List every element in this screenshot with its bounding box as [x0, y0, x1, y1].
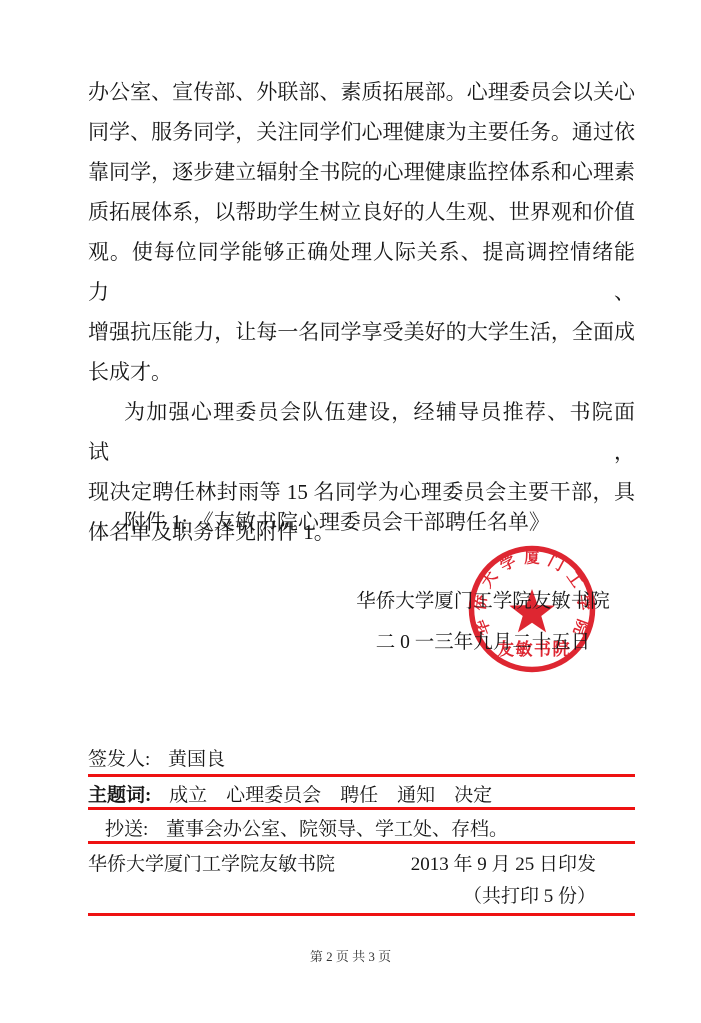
- body-line: 观。使每位同学能够正确处理人际关系、提高调控情绪能力、: [88, 232, 635, 312]
- cc-value: 董事会办公室、院领导、学工处、存档。: [166, 814, 508, 841]
- body-line: 办公室、宣传部、外联部、素质拓展部。心理委员会以关心: [88, 72, 635, 112]
- issuer-value: 黄国良: [168, 744, 225, 771]
- body-line: 为加强心理委员会队伍建设，经辅导员推荐、书院面试，: [88, 392, 635, 472]
- body-line: 靠同学，逐步建立辐射全书院的心理健康监控体系和心理素: [88, 152, 635, 192]
- attachment-line: 附件 1: 《友敏书院心理委员会干部聘任名单》: [88, 502, 635, 542]
- body-line: 同学、服务同学，关注同学们心理健康为主要任务。通过依: [88, 112, 635, 152]
- cc-row: 抄送: 董事会办公室、院领导、学工处、存档。: [88, 810, 635, 844]
- print-date: 2013 年 9 月 25 日印发: [411, 849, 635, 880]
- signature-org: 华侨大学厦门工学院友敏书院: [328, 581, 638, 622]
- issuer-row: 签发人: 黄国良: [88, 740, 635, 777]
- page-number: 第 2 页 共 3 页: [0, 946, 701, 965]
- document-page: 办公室、宣传部、外联部、素质拓展部。心理委员会以关心 同学、服务同学，关注同学们…: [0, 0, 701, 1023]
- body-line: 质拓展体系，以帮助学生树立良好的人生观、世界观和价值: [88, 192, 635, 232]
- signature-block: 华侨大学厦门工学院友敏书院 二 0 一三年九月二十五日: [88, 581, 635, 663]
- body-line: 增强抗压能力，让每一名同学享受美好的大学生活，全面成: [88, 312, 635, 352]
- body-line: 长成才。: [88, 352, 635, 392]
- print-row: 华侨大学厦门工学院友敏书院 2013 年 9 月 25 日印发 （共打印 5 份…: [88, 844, 635, 916]
- subject-label: 主题词:: [88, 780, 151, 807]
- issuer-label: 签发人:: [88, 744, 150, 771]
- signature-date: 二 0 一三年九月二十五日: [328, 622, 638, 663]
- doc-footer: 签发人: 黄国良 主题词: 成立 心理委员会 聘任 通知 决定 抄送: 董事会办…: [88, 740, 635, 916]
- print-org: 华侨大学厦门工学院友敏书院: [88, 849, 335, 880]
- body-text: 办公室、宣传部、外联部、素质拓展部。心理委员会以关心 同学、服务同学，关注同学们…: [88, 72, 635, 552]
- print-copies: （共打印 5 份）: [88, 880, 635, 913]
- cc-label: 抄送:: [105, 814, 148, 841]
- subject-value: 成立 心理委员会 聘任 通知 决定: [169, 780, 492, 807]
- subject-row: 主题词: 成立 心理委员会 聘任 通知 决定: [88, 777, 635, 810]
